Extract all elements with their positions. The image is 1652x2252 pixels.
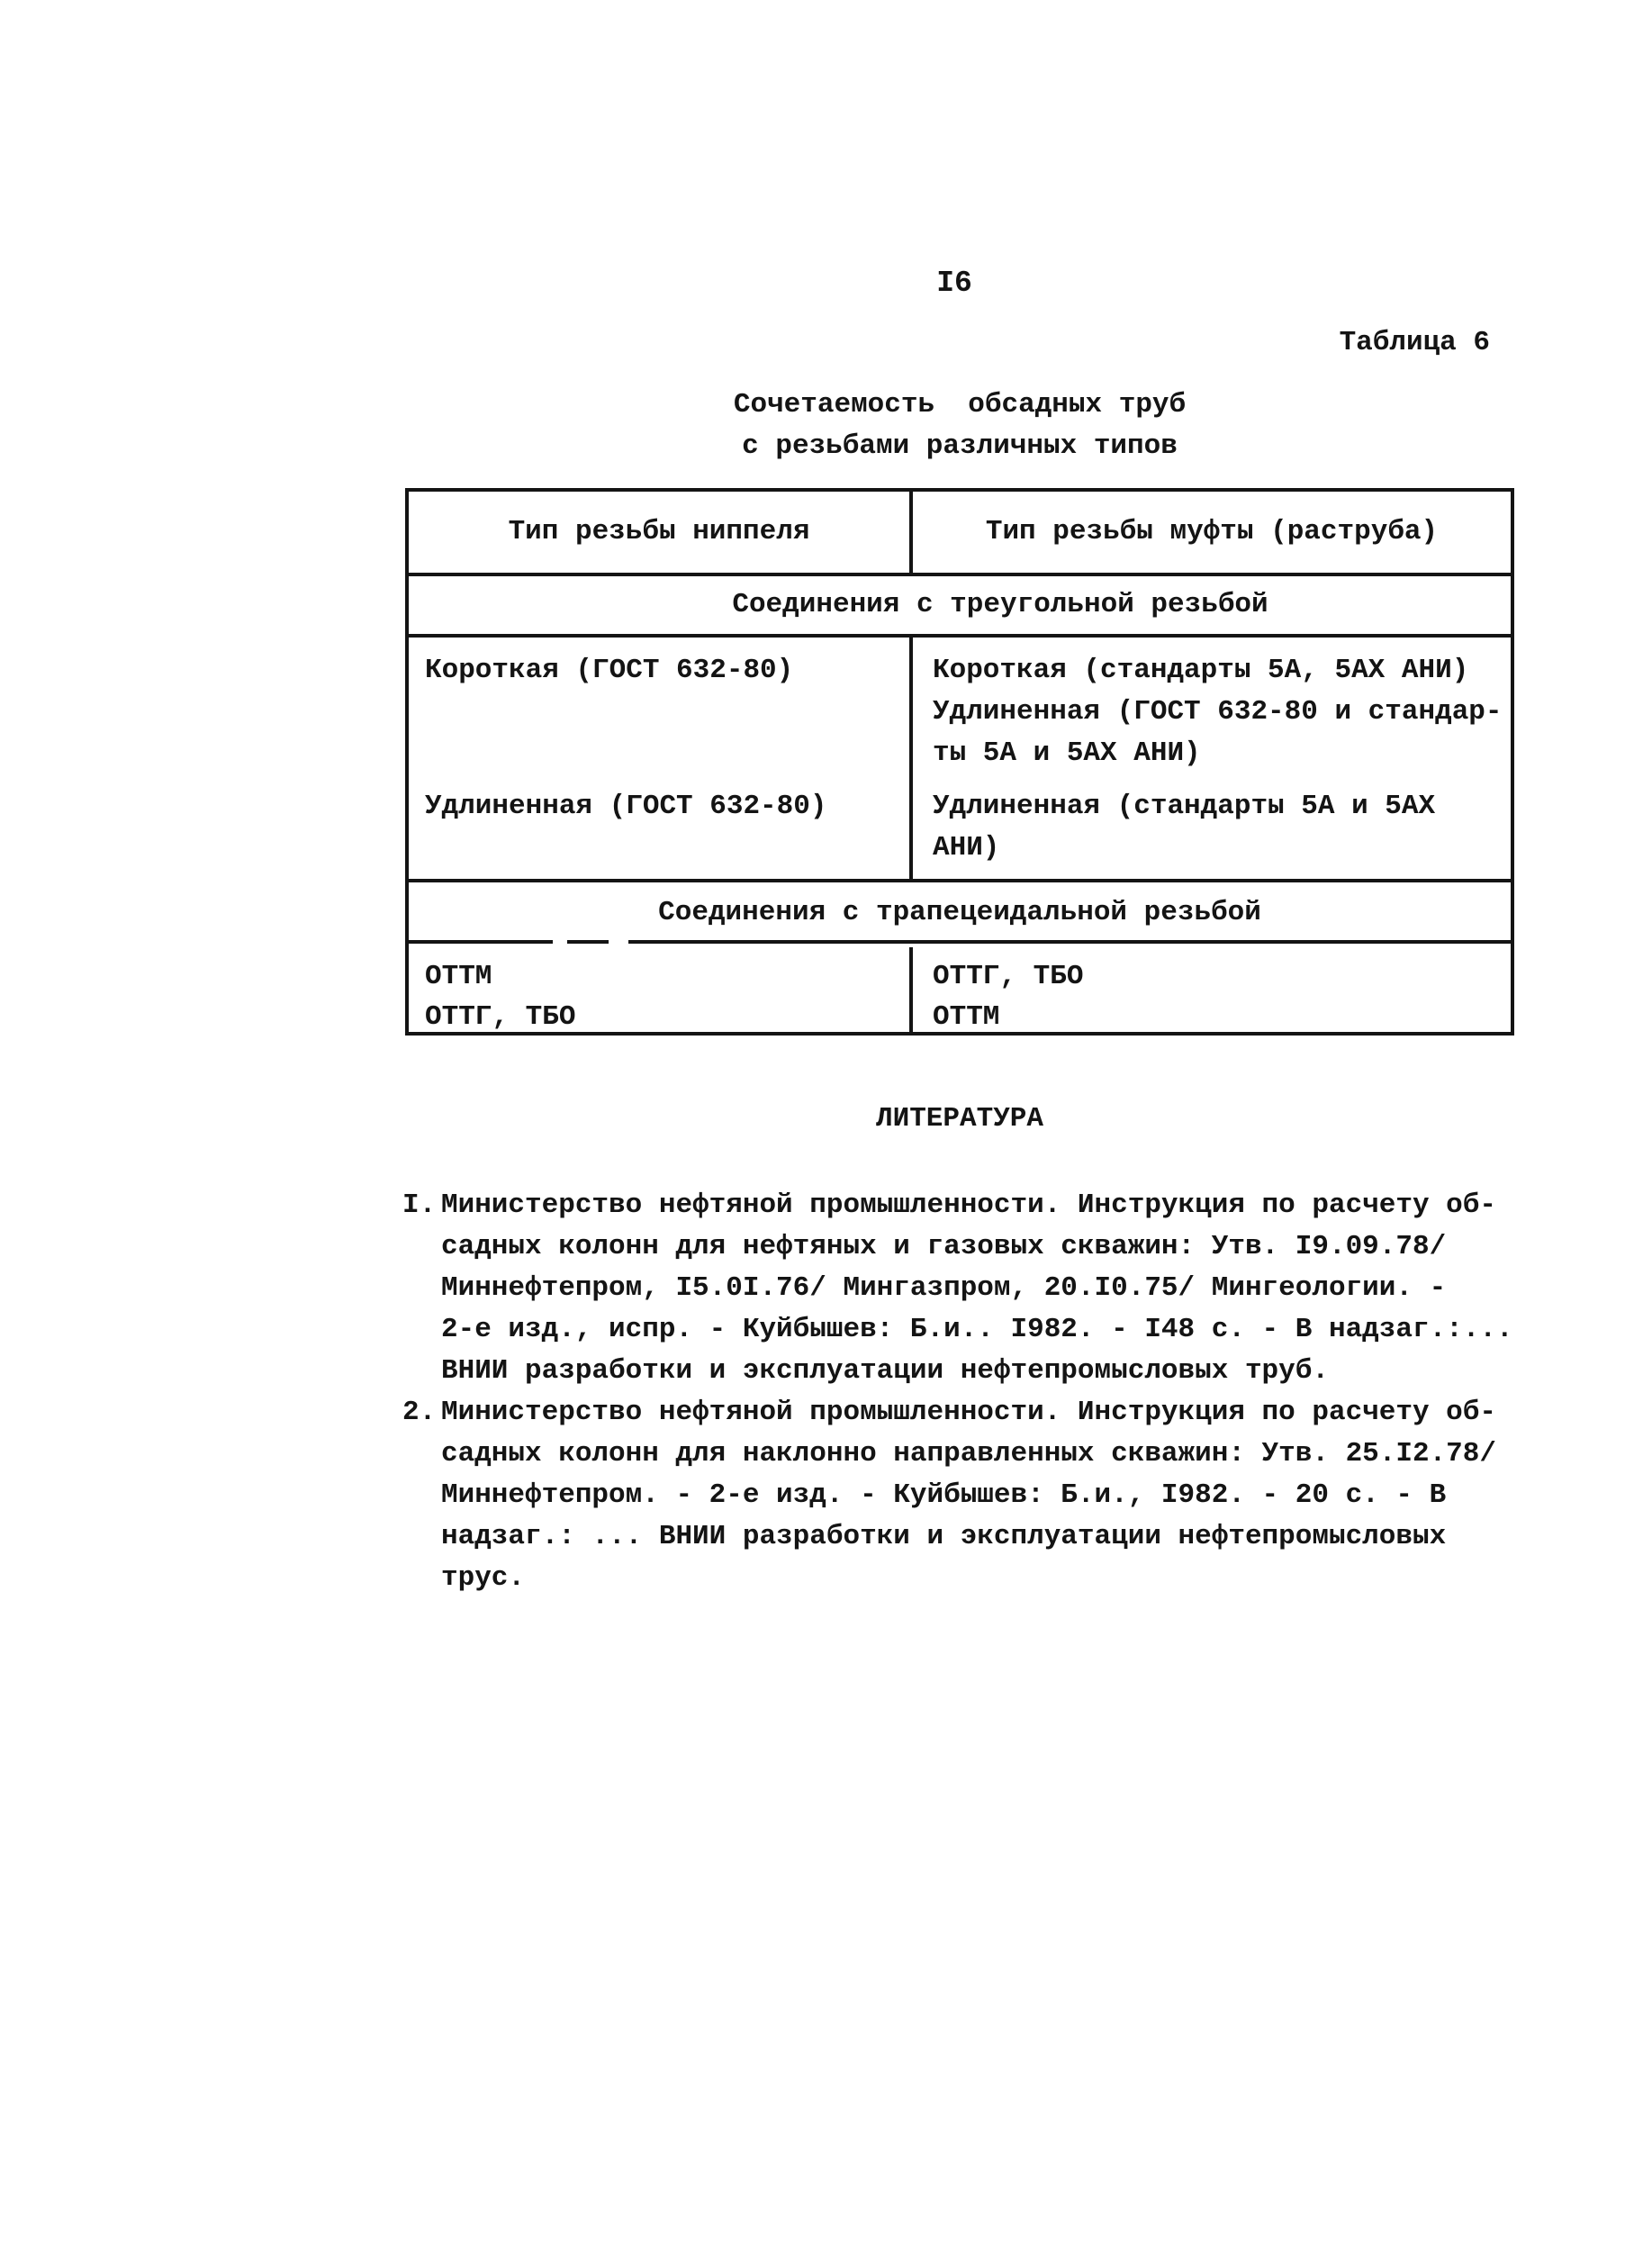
literature-line: садных колонн для наклонно направленных … [441,1434,1537,1475]
literature-item-number: I. [402,1185,436,1226]
cell-coupling-triangular: Короткая (стандарты 5А, 5АХ АНИ) Удлинен… [913,638,1511,879]
table-title: Сочетаемость обсадных труб с резьбами ра… [405,384,1514,467]
section-triangular-title: Соединения с треугольной резьбой [732,584,1268,626]
section-triangular-body: Короткая (ГОСТ 632-80) Удлиненная (ГОСТ … [409,638,1511,879]
table-cell-text: ОТТГ, ТБО [425,997,575,1037]
literature-item-2: 2. Министерство нефтяной промышленности.… [402,1392,1537,1599]
table-header-row: Тип резьбы ниппеля Тип резьбы муфты (рас… [409,492,1511,573]
literature-line: трус. [441,1558,1537,1599]
table-cell-text: Удлиненная (ГОСТ 632-80 и стандар- [933,692,1503,733]
table-cell-text: Удлиненная (стандарты 5А и 5АХ [933,786,1435,828]
section-trapezoidal-body: ОТТМ ОТТГ, ТБО ОТТГ, ТБО ОТТМ [409,947,1511,1032]
table-title-line1: Сочетаемость обсадных труб [405,384,1514,426]
section-trapezoidal-title: Соединения с трапецеидальной резьбой [658,892,1261,934]
rule-under-section2-title [409,940,1511,944]
literature-line: Миннефтепром, I5.0I.76/ Мингазпром, 20.I… [441,1268,1537,1309]
literature-line: надзаг.: ... ВНИИ разработки и эксплуата… [441,1516,1537,1558]
column-divider [909,638,913,879]
literature-line: 2-е изд., испр. - Куйбышев: Б.и.. I982. … [441,1309,1537,1351]
column-divider [909,492,913,573]
literature-item-number: 2. [402,1392,436,1434]
cell-nipple-trapezoidal: ОТТМ ОТТГ, ТБО [409,947,909,1032]
table-cell-text: Короткая (ГОСТ 632-80) [425,650,793,692]
section-trapezoidal-title-row: Соединения с трапецеидальной резьбой [409,882,1511,944]
cell-coupling-trapezoidal: ОТТГ, ТБО ОТТМ [913,947,1511,1032]
table-cell-text: ты 5А и 5АХ АНИ) [933,733,1503,774]
literature-line: садных колонн для нефтяных и газовых скв… [441,1226,1537,1268]
literature-line: Миннефтепром. - 2-е изд. - Куйбышев: Б.и… [441,1475,1537,1516]
literature-item-1: I. Министерство нефтяной промышленности.… [402,1185,1537,1392]
table-cell-text: ОТТМ [933,997,1083,1037]
cell-nipple-triangular: Короткая (ГОСТ 632-80) Удлиненная (ГОСТ … [409,638,909,879]
literature-list: I. Министерство нефтяной промышленности.… [402,1185,1537,1599]
header-cell-nipple-thread: Тип резьбы ниппеля [409,492,909,573]
literature-line: Министерство нефтяной промышленности. Ин… [441,1392,1537,1434]
header-label-coupling: Тип резьбы муфты (раструба) [986,511,1438,553]
table-cell-text: Удлиненная (ГОСТ 632-80) [425,786,826,828]
table-cell-text: Короткая (стандарты 5А, 5АХ АНИ) [933,650,1503,692]
table-caption: Таблица 6 [1256,322,1490,364]
header-cell-coupling-thread: Тип резьбы муфты (раструба) [913,492,1511,573]
column-divider [909,947,913,1032]
table-cell-text: ОТТГ, ТБО [933,956,1083,997]
compatibility-table: Тип резьбы ниппеля Тип резьбы муфты (рас… [405,488,1514,1036]
table-cell-text: АНИ) [933,828,1435,869]
literature-line: Министерство нефтяной промышленности. Ин… [441,1185,1537,1226]
document-page: I6 Таблица 6 Сочетаемость обсадных труб … [0,0,1652,2252]
page-number: I6 [864,263,1044,304]
literature-line: ВНИИ разработки и эксплуатации нефтепром… [441,1351,1537,1392]
table-cell-text: ОТТМ [425,956,575,997]
section-triangular-title-row: Соединения с треугольной резьбой [409,576,1511,634]
literature-heading: ЛИТЕРАТУРА [405,1099,1514,1140]
header-label-nipple: Тип резьбы ниппеля [509,511,810,553]
table-title-line2: с резьбами различных типов [405,426,1514,467]
